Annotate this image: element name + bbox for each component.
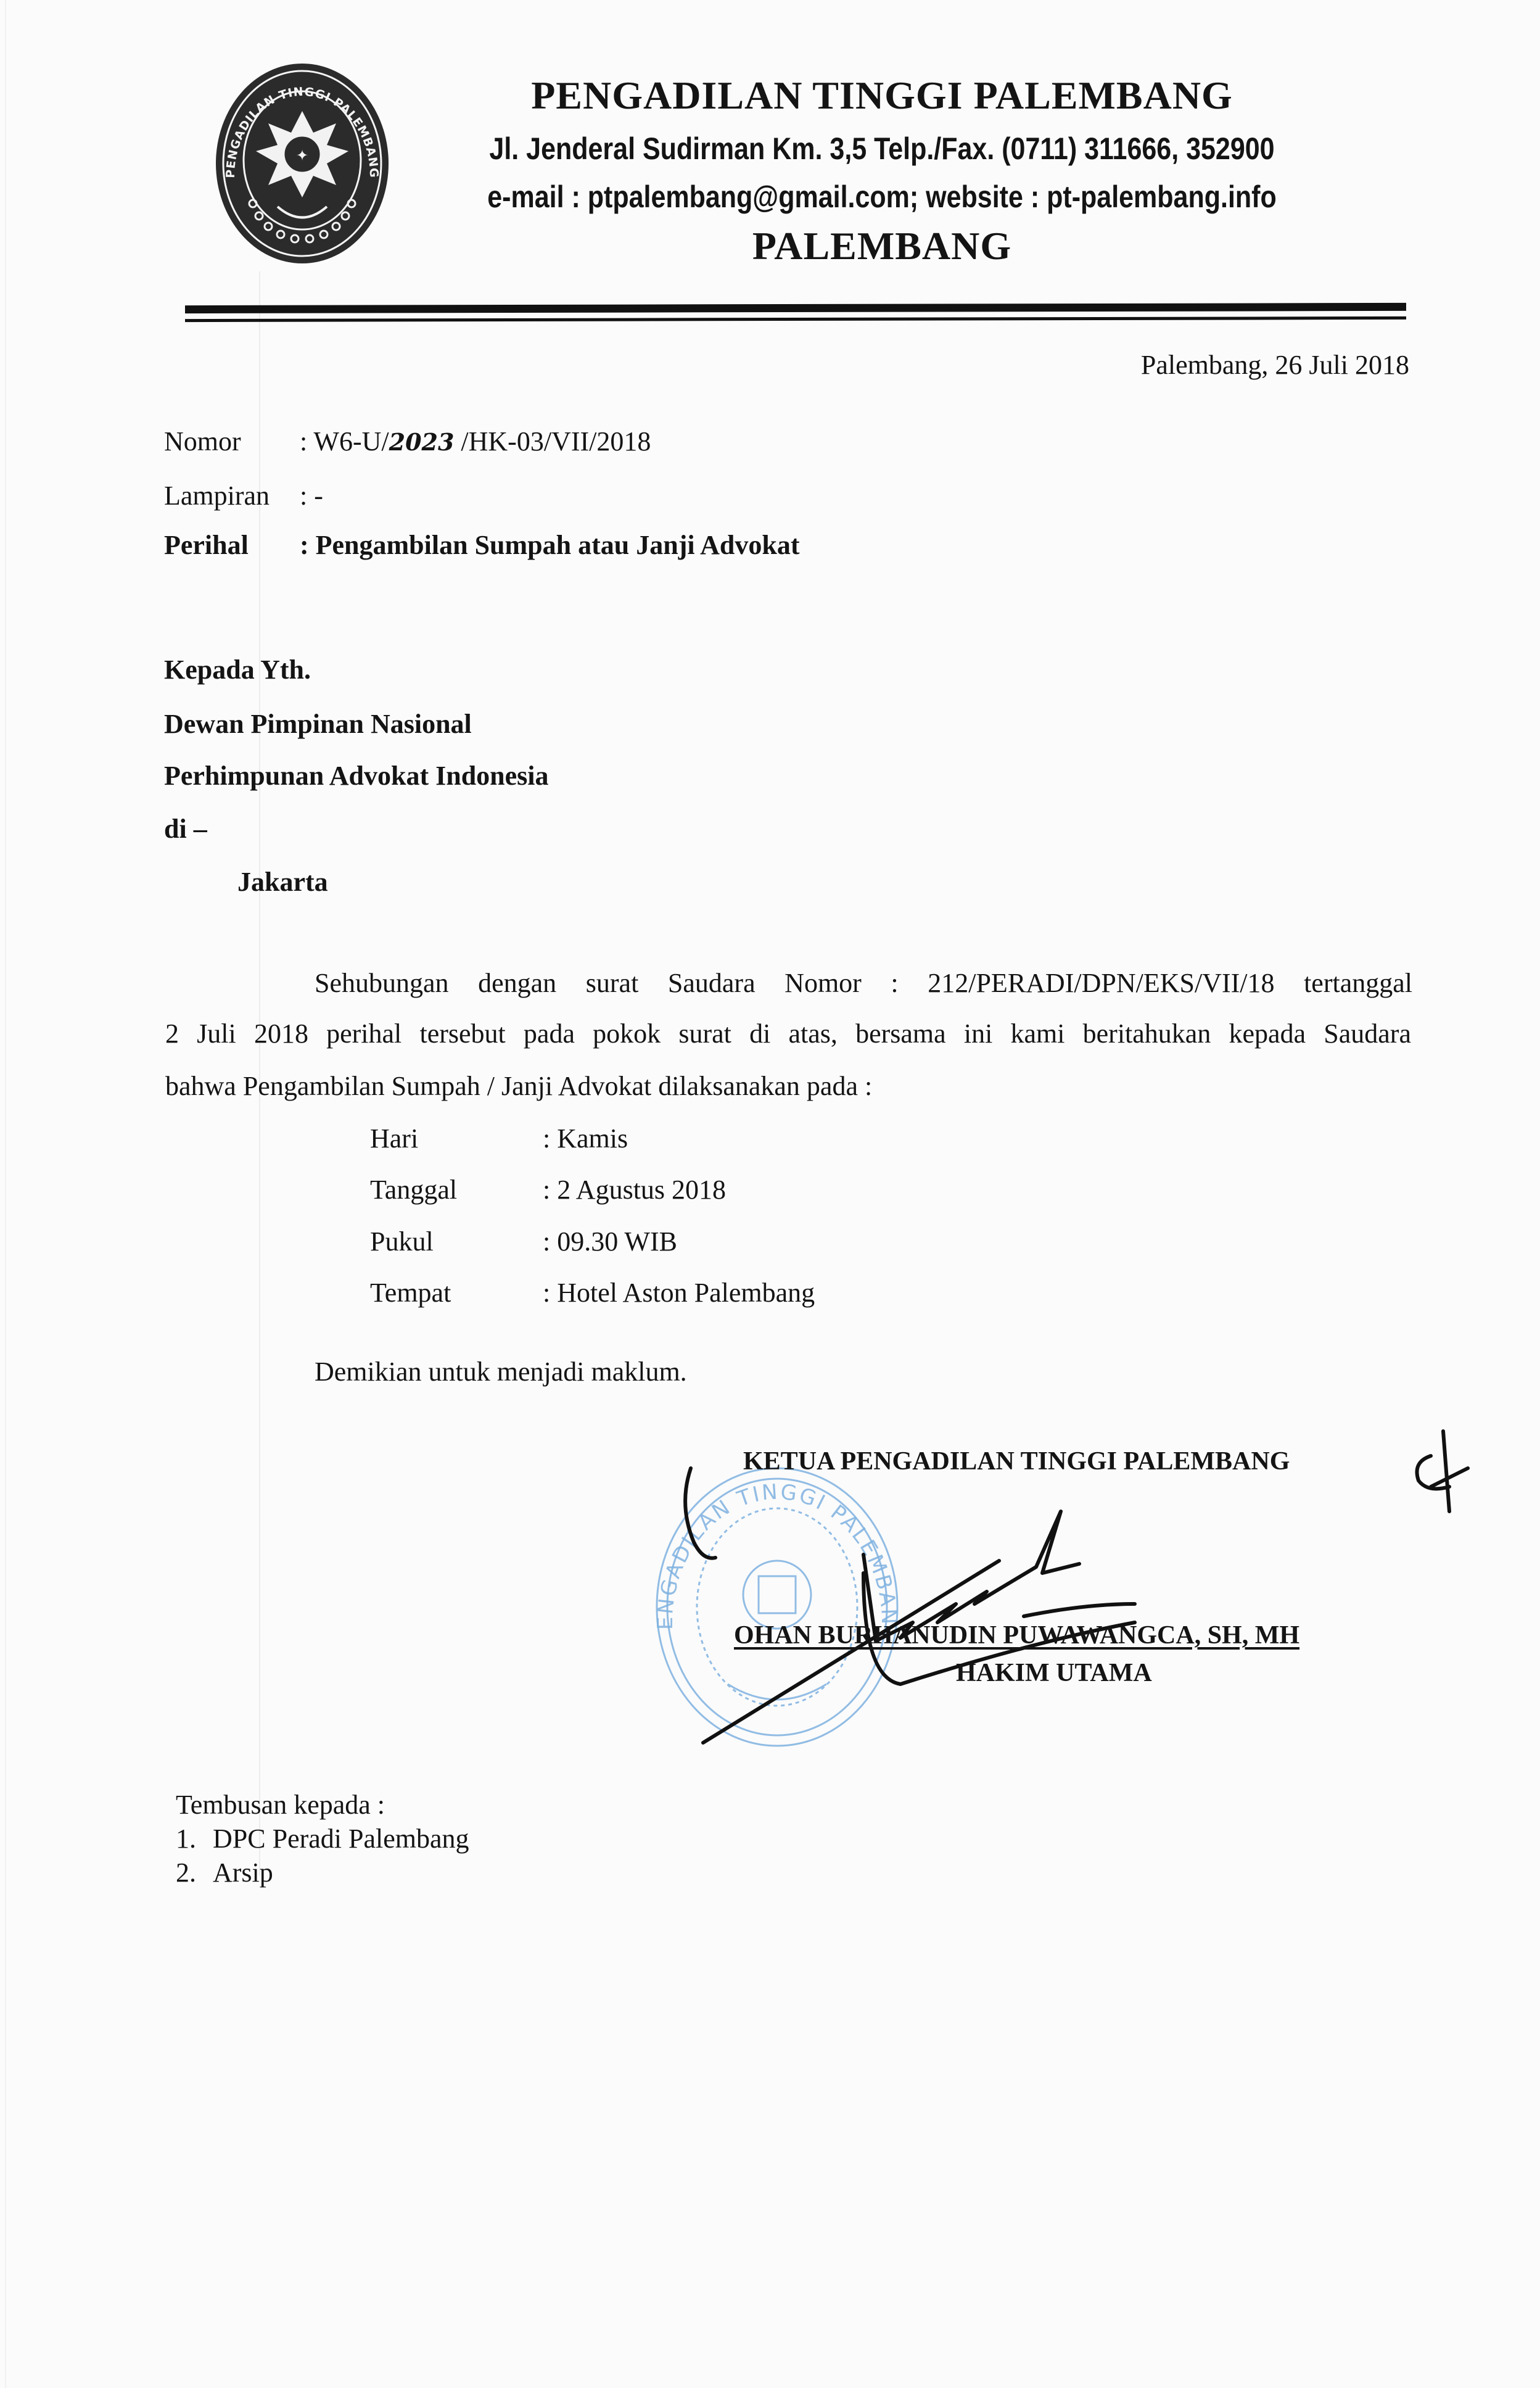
signatory-name: OHAN BURHANUDIN PUWAWANGCA, SH, MH [734,1621,1299,1650]
event-detail-label: Pukul [370,1226,543,1257]
organization-contact: e-mail : ptpalembang@gmail.com; website … [463,179,1301,215]
event-detail-value: : Hotel Aston Palembang [543,1277,815,1308]
event-detail-row: Pukul: 09.30 WIB [370,1226,677,1257]
cc-item-number: 1. [176,1823,213,1854]
event-detail-value: : 2 Agustus 2018 [543,1174,726,1205]
event-detail-label: Hari [370,1123,543,1154]
cc-item-number: 2. [176,1857,213,1888]
recipient-di: di – [164,813,207,845]
perihal-label: Perihal [164,529,300,561]
perihal-value: : Pengambilan Sumpah atau Janji Advokat [300,529,800,561]
letterhead-divider-thin [185,316,1406,322]
nomor-suffix: /HK-03/VII/2018 [454,426,651,457]
cc-item: 2.Arsip [176,1857,273,1888]
signatory-rank: HAKIM UTAMA [956,1658,1152,1688]
closing-sentence: Demikian untuk menjadi maklum. [315,1356,687,1387]
nomor-label: Nomor [164,426,300,457]
meta-perihal: Perihal : Pengambilan Sumpah atau Janji … [164,529,800,561]
organization-address: Jl. Jenderal Sudirman Km. 3,5 Telp./Fax.… [463,131,1301,167]
nomor-value: : W6-U/2023 /HK-03/VII/2018 [300,426,651,457]
meta-lampiran: Lampiran : - [164,480,323,511]
handwritten-signature-icon [666,1419,1505,1752]
cc-item-text: DPC Peradi Palembang [213,1823,469,1854]
organization-city: PALEMBANG [395,223,1369,269]
lampiran-value: : - [300,480,323,511]
scan-edge [5,0,6,2388]
court-emblem-icon: PENGADILAN TINGGI PALEMBANG ✦ [210,59,395,268]
event-detail-row: Tanggal: 2 Agustus 2018 [370,1174,726,1205]
meta-nomor: Nomor : W6-U/2023 /HK-03/VII/2018 [164,426,651,457]
letterhead-divider-thick [185,303,1406,313]
body-line-3: bahwa Pengambilan Sumpah / Janji Advokat… [165,1070,1411,1102]
svg-text:✦: ✦ [296,147,308,164]
event-detail-label: Tempat [370,1277,543,1308]
recipient-salutation: Kepada Yth. [164,654,311,685]
nomor-handwritten: 2023 [389,428,455,456]
cc-item: 1.DPC Peradi Palembang [176,1823,469,1854]
event-detail-row: Tempat: Hotel Aston Palembang [370,1277,815,1308]
recipient-line-1: Dewan Pimpinan Nasional [164,708,472,740]
lampiran-label: Lampiran [164,480,300,511]
recipient-line-2: Perhimpunan Advokat Indonesia [164,760,549,791]
body-line-2: 2 Juli 2018 perihal tersebut pada pokok … [165,1018,1411,1049]
event-detail-row: Hari: Kamis [370,1123,628,1154]
cc-item-text: Arsip [213,1857,273,1888]
event-detail-label: Tanggal [370,1174,543,1205]
nomor-prefix: : W6-U/ [300,426,389,457]
cc-heading: Tembusan kepada : [176,1789,385,1820]
event-detail-value: : 09.30 WIB [543,1226,677,1257]
recipient-place: Jakarta [237,866,328,898]
letter-date: Palembang, 26 Juli 2018 [1141,349,1409,381]
event-detail-value: : Kamis [543,1123,628,1154]
organization-name: PENGADILAN TINGGI PALEMBANG [395,73,1369,118]
body-line-1: Sehubungan dengan surat Saudara Nomor : … [315,967,1412,999]
